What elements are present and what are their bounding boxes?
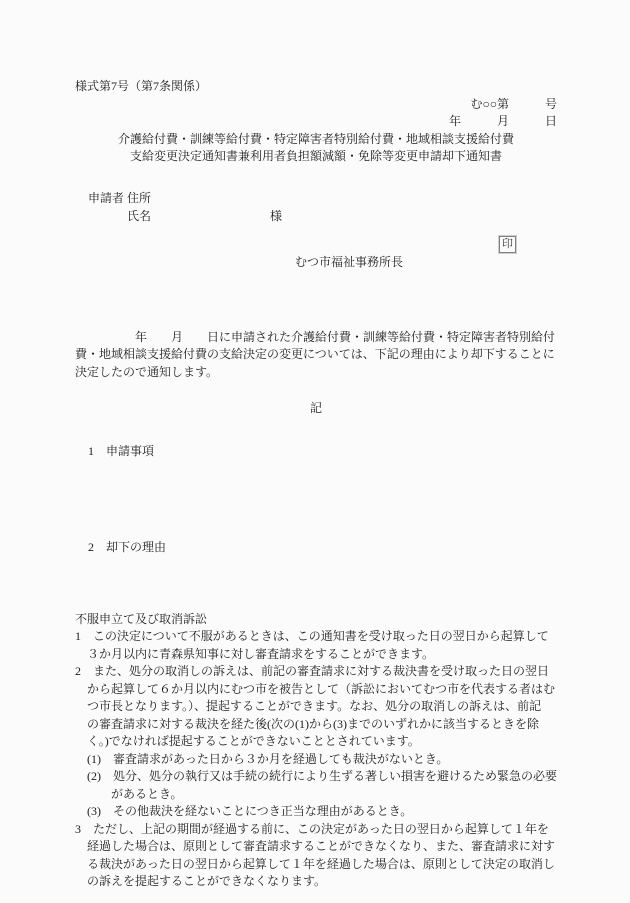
applicant-name-line: 氏名様 — [88, 208, 557, 226]
appeal-line: (3) その他裁決を経ないことにつき正当な理由があるとき。 — [75, 803, 557, 821]
appeal-line: ３か月以内に青森県知事に対し審査請求をすることができます。 — [75, 646, 557, 664]
item-2-rejection-reason: 2 却下の理由 — [88, 539, 557, 557]
appeal-line: (1) 審査請求があった日から３か月を経過しても裁決がないとき。 — [75, 751, 557, 769]
body-paragraph: 年 月 日に申請された介護給付費・訓練等給付費・特定障害者特別給付 費・地域相談… — [75, 329, 557, 382]
appeal-line: から起算して６か月以内にむつ市を被告として（訴訟においてむつ市を代表する者はむ — [75, 681, 557, 699]
address-label: 住所 — [127, 191, 151, 205]
appeal-line: の審査請求に対する裁決を経た後(次の(1)から(3)までのいずれかに該当するとき… — [75, 716, 557, 734]
appeal-line: く。)でなければ提起することができないこととされています。 — [75, 733, 557, 751]
document-title-line1: 介護給付費・訓練等給付費・特定障害者特別給付費・地域相談支援給付費 — [75, 131, 557, 149]
appeal-line: つ市長となります。）、提起することができます。なお、処分の取消しの訴えは、前記 — [75, 698, 557, 716]
body-line: 決定したので通知します。 — [75, 364, 557, 382]
appeal-line: 1 この決定について不服があるときは、この通知書を受け取った日の翌日から起算して — [75, 628, 557, 646]
issuer-title: むつ市福祉事務所長 — [295, 255, 403, 269]
appeal-section: 不服申立て及び取消訴訟 1 この決定について不服があるときは、この通知書を受け取… — [75, 611, 557, 891]
appeal-line: 3 ただし、上記の期間が経過する前に、この決定があった日の翌日から起算して１年を — [75, 821, 557, 839]
name-label: 氏名 — [127, 208, 151, 226]
appeal-line: 経過した場合は、原則として審査請求することができなくなり、また、審査請求に対す — [75, 838, 557, 856]
body-line: 費・地域相談支援給付費の支給決定の変更については、下記の理由により却下することに — [75, 346, 557, 364]
document-number: む○○第 号 — [75, 96, 557, 114]
applicant-address-line: 申請者住所 — [88, 190, 557, 208]
form-number: 様式第7号（第7条関係） — [75, 78, 557, 96]
appeal-line: (2) 処分、処分の執行又は手続の続行により生ずる著しい損害を避けるため緊急の必… — [75, 768, 557, 786]
issuer-line: むつ市福祉事務所長 印 — [75, 236, 557, 306]
seal-stamp: 印 — [499, 236, 516, 253]
honorific-label: 様 — [270, 208, 282, 226]
appeal-line: 2 また、処分の取消しの訴えは、前記の審査請求に対する裁決書を受け取った日の翌日 — [75, 663, 557, 681]
appeal-line: る裁決があった日の翌日から起算して１年を経過した場合は、原則として決定の取消し — [75, 856, 557, 874]
appeal-line: があるとき。 — [75, 786, 557, 804]
item-1-application-matters: 1 申請事項 — [88, 443, 557, 461]
document-page: 様式第7号（第7条関係） む○○第 号 年 月 日 介護給付費・訓練等給付費・特… — [0, 0, 630, 903]
applicant-label: 申請者 — [88, 191, 124, 205]
addressee-block: 申請者住所 氏名様 — [88, 190, 557, 225]
date-line: 年 月 日 — [75, 113, 557, 131]
appeal-section-title: 不服申立て及び取消訴訟 — [75, 611, 557, 629]
document-title-line2: 支給変更決定通知書兼利用者負担額減額・免除等変更申請却下通知書 — [75, 148, 557, 166]
body-line: 年 月 日に申請された介護給付費・訓練等給付費・特定障害者特別給付 — [75, 329, 557, 347]
appeal-line: の訴えを提起することができなくなります。 — [75, 873, 557, 891]
ki-heading: 記 — [75, 400, 557, 418]
